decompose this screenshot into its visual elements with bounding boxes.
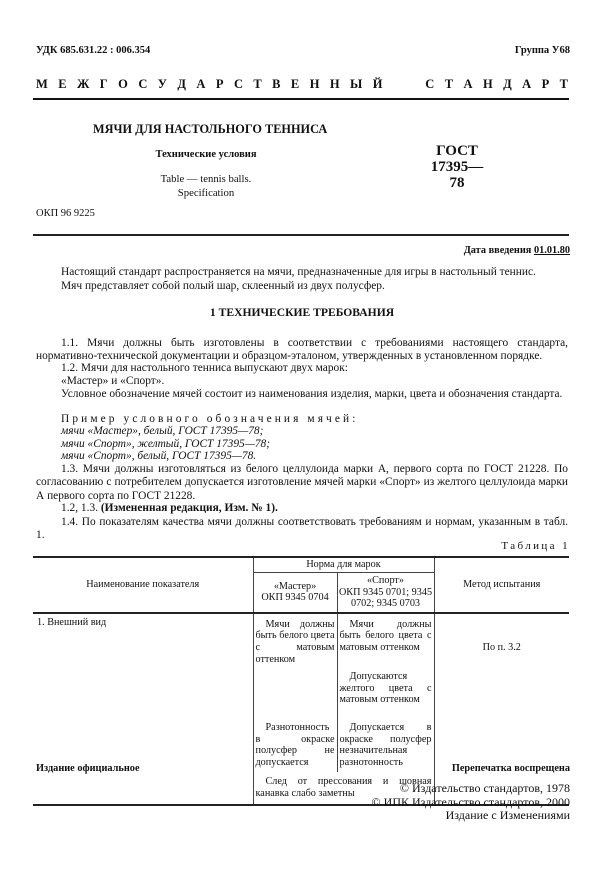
introduction-date-label: Дата введения bbox=[464, 245, 532, 256]
heading-letter: М bbox=[36, 78, 48, 91]
example-item: мячи «Спорт», белый, ГОСТ 17395—78. bbox=[36, 450, 568, 463]
heading-letter: Н bbox=[330, 78, 340, 91]
heading-letter: С bbox=[234, 78, 243, 91]
word-gap bbox=[393, 78, 415, 91]
header-sport-okp: ОКП 9345 0701; 9345 0702; 9345 0703 bbox=[338, 587, 434, 610]
amendment-note: 1.2, 1.3. (Измененная редакция, Изм. № 1… bbox=[36, 502, 568, 515]
official-edition-label: Издание официальное bbox=[36, 762, 140, 775]
cell-text: Допускается в окраске полусфер незначите… bbox=[338, 720, 434, 768]
scope-paragraph: Настоящий стандарт распространяется на м… bbox=[36, 266, 568, 279]
edition-note: Издание с Изменениями bbox=[372, 809, 570, 823]
interstate-standard-heading: М Е Ж Г О С У Д А Р С Т В Е Н Н Ы Й С Т … bbox=[36, 78, 568, 91]
title-rule bbox=[33, 234, 569, 236]
header-sport: «Спорт» ОКП 9345 0701; 9345 0702; 9345 0… bbox=[337, 573, 434, 613]
clause-1-2-brands: «Мастер» и «Спорт». bbox=[36, 375, 568, 388]
okp-code: ОКП 96 9225 bbox=[36, 207, 95, 220]
heading-letter: А bbox=[522, 78, 531, 91]
heading-letter: О bbox=[118, 78, 128, 91]
amendment-clauses: 1.2, 1.3. bbox=[61, 502, 98, 514]
header-rule bbox=[33, 98, 569, 100]
heading-letter: Д bbox=[503, 78, 512, 91]
master-tone-cell: Разнотонность в окраске полусфер не допу… bbox=[253, 714, 337, 772]
copyright-line: © ИПК Издательство стандартов, 2000 bbox=[372, 796, 570, 810]
introduction-date: Дата введения 01.01.80 bbox=[464, 244, 570, 257]
header-method: Метод испытания bbox=[434, 557, 569, 613]
heading-letter: Й bbox=[373, 78, 383, 91]
row-indicator: 1. Внешний вид bbox=[33, 613, 253, 805]
heading-letter: Е bbox=[291, 78, 299, 91]
clause-1-3: 1.3. Мячи должны изготовляться из белого… bbox=[36, 463, 568, 503]
heading-letter: Р bbox=[216, 78, 224, 91]
heading-letter: Д bbox=[177, 78, 186, 91]
cell-text: Мячи должны быть белого цвета с матовым … bbox=[254, 617, 337, 665]
heading-letter: А bbox=[464, 78, 473, 91]
heading-letter: Н bbox=[310, 78, 320, 91]
clause-1-1: 1.1. Мячи должны быть изготовлены в соот… bbox=[36, 337, 568, 364]
heading-letter: Т bbox=[560, 78, 568, 91]
document-subtitle: Технические условия bbox=[140, 148, 272, 161]
heading-letter: В bbox=[272, 78, 280, 91]
reprint-prohibited-label: Перепечатка воспрещена bbox=[452, 762, 570, 775]
sport-color-cell: Мячи должны быть белого цвета с матовым … bbox=[337, 613, 434, 665]
heading-letter: Ж bbox=[77, 78, 89, 91]
header-norm-group: Норма для марок bbox=[253, 557, 434, 573]
cell-text: Разнотонность в окраске полусфер не допу… bbox=[254, 720, 337, 768]
copyright-block: © Издательство стандартов, 1978 © ИПК Из… bbox=[372, 782, 570, 823]
clause-1-4: 1.4. По показателям качества мячи должны… bbox=[36, 516, 568, 543]
gost-designation: ГОСТ 17395—78 bbox=[424, 143, 490, 191]
cell-text: Допускаются желтого цвета с матовым отте… bbox=[338, 669, 434, 706]
master-empty-cell bbox=[253, 665, 337, 714]
sport-yellow-cell: Допускаются желтого цвета с матовым отте… bbox=[337, 665, 434, 714]
heading-letter: Е bbox=[58, 78, 66, 91]
header-master-okp: ОКП 9345 0704 bbox=[254, 592, 337, 604]
clause-1-2: 1.2. Мячи для настольного тенниса выпуск… bbox=[36, 362, 568, 375]
table-caption: Таблица 1 bbox=[501, 540, 570, 553]
header-master-brand: «Мастер» bbox=[254, 581, 337, 593]
heading-letter: У bbox=[158, 78, 167, 91]
heading-letter: Ы bbox=[350, 78, 362, 91]
english-title-line: Table — tennis balls. bbox=[140, 172, 272, 186]
heading-letter: Т bbox=[253, 78, 261, 91]
gost-label: ГОСТ bbox=[424, 143, 490, 159]
english-title: Table — tennis balls. Specification bbox=[140, 172, 272, 200]
scope-paragraph-2: Мяч представляет собой полый шар, склеен… bbox=[36, 280, 568, 293]
header-sport-brand: «Спорт» bbox=[338, 575, 434, 587]
header-indicator: Наименование показателя bbox=[33, 557, 253, 613]
gost-number: 17395—78 bbox=[424, 159, 490, 191]
example-item: мячи «Мастер», белый, ГОСТ 17395—78; bbox=[36, 425, 568, 438]
section-title: 1 ТЕХНИЧЕСКИЕ ТРЕБОВАНИЯ bbox=[36, 306, 568, 319]
heading-letter: Н bbox=[483, 78, 493, 91]
heading-letter: А bbox=[196, 78, 205, 91]
master-color-cell: Мячи должны быть белого цвета с матовым … bbox=[253, 613, 337, 665]
copyright-line: © Издательство стандартов, 1978 bbox=[372, 782, 570, 796]
group-code: Группа У68 bbox=[515, 44, 570, 57]
heading-letter: Т bbox=[445, 78, 453, 91]
heading-letter: С bbox=[425, 78, 434, 91]
heading-letter: С bbox=[138, 78, 147, 91]
row-method: По п. 3.2 bbox=[434, 613, 569, 805]
introduction-date-value: 01.01.80 bbox=[534, 245, 570, 256]
header-master: «Мастер» ОКП 9345 0704 bbox=[253, 573, 337, 613]
cell-text: Мячи должны быть белого цвета с матовым … bbox=[338, 617, 434, 654]
sport-tone-cell: Допускается в окраске полусфер незначите… bbox=[337, 714, 434, 772]
document-title: МЯЧИ ДЛЯ НАСТОЛЬНОГО ТЕННИСА bbox=[93, 123, 327, 136]
scope-line: Настоящий стандарт распространяется на м… bbox=[36, 266, 568, 279]
udk-code: УДК 685.631.22 : 006.354 bbox=[36, 44, 150, 57]
english-title-line: Specification bbox=[140, 186, 272, 200]
heading-letter: Г bbox=[100, 78, 108, 91]
clause-1-2-designation: Условное обозначение мячей состоит из на… bbox=[36, 388, 568, 401]
heading-letter: Р bbox=[542, 78, 550, 91]
amendment-text: (Измененная редакция, Изм. № 1). bbox=[101, 502, 278, 514]
